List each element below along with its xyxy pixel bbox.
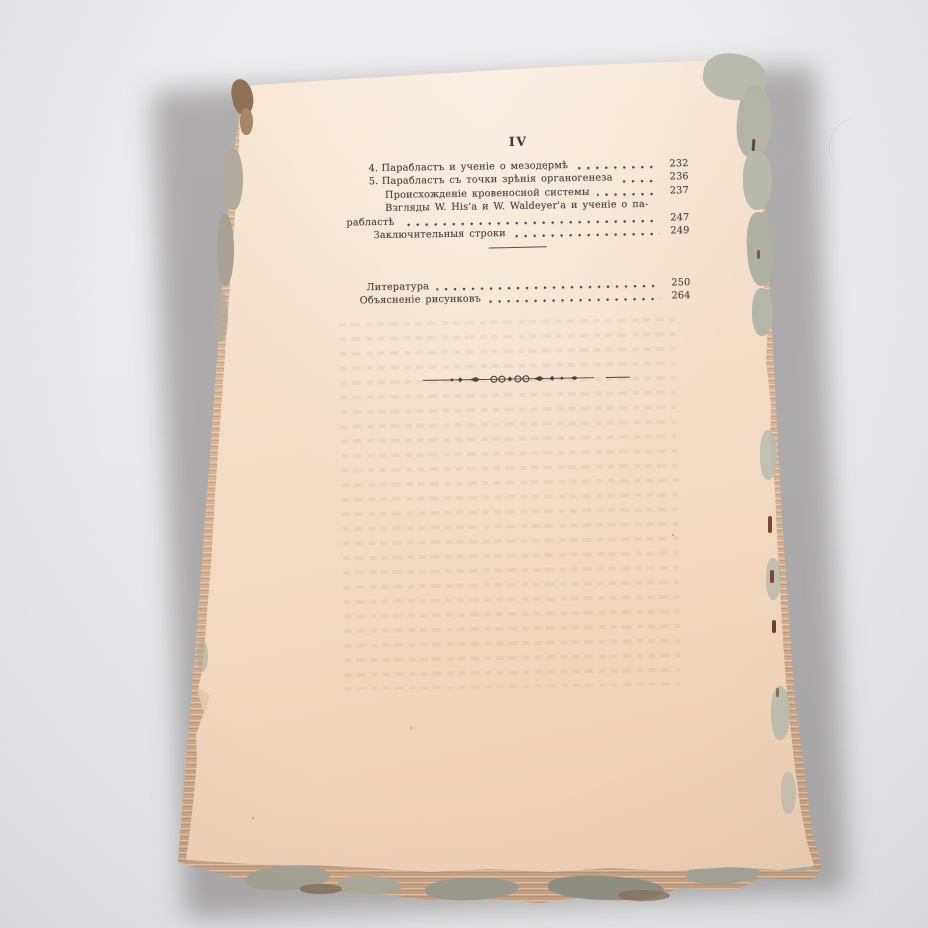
toc-entry-label: Происхожденіе кровеносной системы xyxy=(385,187,590,201)
background-scratch xyxy=(817,105,912,196)
binding-stitch-mark xyxy=(768,516,772,533)
dot-leader xyxy=(513,226,660,242)
dust-speck xyxy=(410,727,412,729)
damage-patch xyxy=(213,290,228,342)
dot-leader xyxy=(488,291,661,307)
binding-stitch-mark xyxy=(772,620,776,633)
damage-patch xyxy=(240,108,253,135)
damage-patch xyxy=(781,772,796,814)
toc-entry-label: Парабластъ съ точки зрѣнія органогенеза xyxy=(382,173,613,188)
damage-patch xyxy=(752,288,773,336)
toc-entry-page: 236 xyxy=(664,172,689,183)
torn-edge-fragment xyxy=(300,884,342,894)
binding-stitch-mark xyxy=(770,570,774,583)
dot-leader xyxy=(620,172,659,186)
toc-entry-page: 249 xyxy=(665,225,690,236)
toc-entry-page: 264 xyxy=(666,290,691,301)
toc-footer-entries: Литература 250 Объясненіе рисунковъ 264 xyxy=(332,277,690,309)
binding-stitch-mark xyxy=(776,688,779,697)
photo-background: IV 4. Парабластъ и ученіе о мезодермѣ 23… xyxy=(0,0,928,928)
damage-patch xyxy=(760,430,777,480)
toc-entry-label: Парабластъ и ученіе о мезодермѣ xyxy=(382,160,569,174)
torn-edge-fragment xyxy=(618,890,670,901)
toc-entry-number: 5. xyxy=(369,176,382,187)
binding-stitch-mark xyxy=(757,250,760,259)
table-of-contents: 4. Парабластъ и ученіе о мезодермѣ 232 5… xyxy=(331,158,690,244)
damage-patch xyxy=(224,148,243,210)
damage-patch xyxy=(771,686,790,740)
damage-patch xyxy=(217,214,234,286)
dot-leader xyxy=(575,159,659,174)
toc-entry-label: Литература xyxy=(366,281,429,293)
toc-entry-number: 4. xyxy=(369,163,382,174)
dot-leader xyxy=(597,185,659,199)
damage-patch xyxy=(743,150,772,210)
dust-speck xyxy=(252,817,254,819)
dot-leader xyxy=(655,199,663,213)
section-divider-rule xyxy=(489,247,547,250)
toc-entry-label: рабластѣ xyxy=(346,216,394,228)
toc-entry-page: 232 xyxy=(663,158,688,169)
printed-content: IV 4. Парабластъ и ученіе о мезодермѣ 23… xyxy=(330,127,692,391)
toc-entry-page: 250 xyxy=(665,277,690,288)
toc-entry-label: Объясненіе рисунковъ xyxy=(360,293,481,306)
toc-entry-label: Заключительныя строки xyxy=(374,228,506,241)
toc-entry-page: 247 xyxy=(664,212,689,223)
damage-patch xyxy=(197,640,208,672)
toc-entry-page: 237 xyxy=(664,185,689,196)
